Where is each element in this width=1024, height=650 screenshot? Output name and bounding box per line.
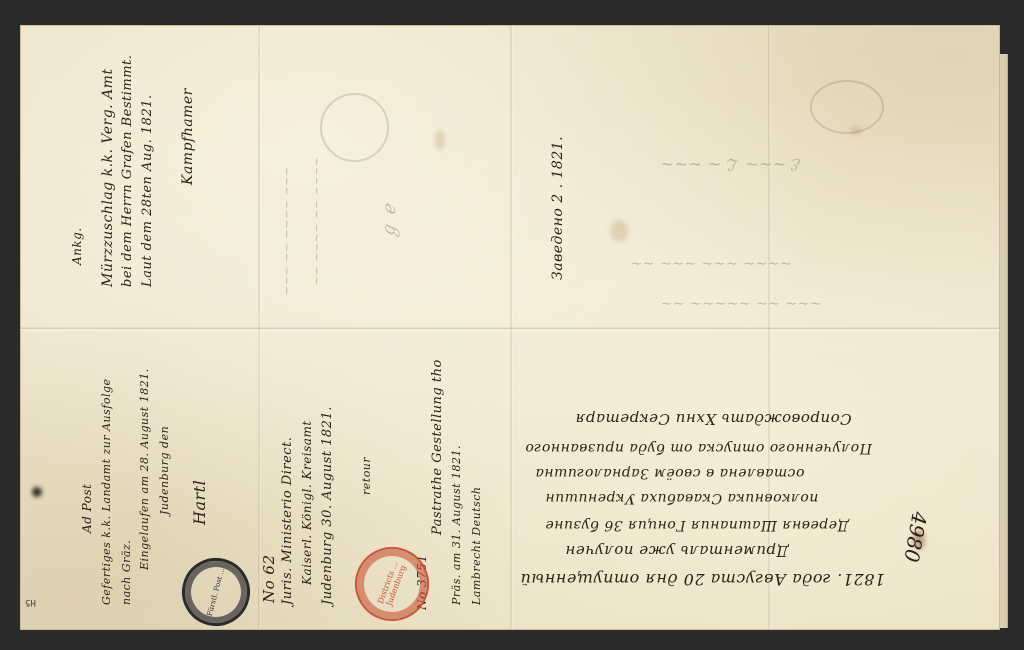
handwriting-line: Lambrecht Deutsch	[470, 487, 483, 606]
upside-down-line: Полученного отпуска от буда призванного	[525, 440, 872, 456]
bleed-through-text: ℰ ~~~ ℒ ~ ~~~	[660, 155, 802, 174]
bleed-through-text: ~~~~ ~~~ ~~~ ~~	[630, 255, 792, 271]
handwriting-line: Pastrathe Gestellung tho	[430, 359, 445, 535]
bleed-through-text: ℊ ℯ	[375, 204, 401, 240]
handwriting-line: Kaiserl. Königl. Kreisamt	[300, 420, 314, 585]
bleed-through-text: ~~ ~~~~ ~~ ~~~~	[310, 156, 323, 285]
catalog-number: 4980	[899, 510, 931, 564]
upside-down-line: Сопровождать Ххни Секретаря	[575, 410, 852, 428]
handwriting-line: Mürzzuschlag k.k. Verg. Amt	[100, 68, 116, 287]
bleed-through-text: ~~~ ~~ ~~~~~ ~~	[660, 295, 822, 311]
handwriting-line: Laut dem 28ten Aug. 1821.	[140, 94, 155, 287]
black-postmark-stamp: Fürstl. Post ...	[174, 550, 257, 630]
handwriting-line: Ankg.	[70, 227, 84, 265]
handwriting-line: retour	[360, 457, 373, 495]
handwriting-line: Eingelaufen am 28. August 1821.	[138, 368, 151, 570]
handwriting-line: Judenburg den	[158, 426, 171, 515]
handwriting-line: Kampfhamer	[180, 88, 196, 185]
handwriting-line: Präs. am 31. August 1821.	[450, 445, 463, 605]
upside-down-line: 1821. года Августа 20 дня отпущенный	[520, 570, 885, 589]
handwriting-line: Juris. Ministerio Direct.	[280, 437, 295, 605]
vertical-date: Заведено 2 . 1821.	[550, 136, 566, 280]
upside-down-line: оставлена в своём Зарналогишна	[535, 465, 804, 481]
handwriting-line: Judenburg 30. August 1821.	[320, 406, 335, 605]
upside-down-line: полковника Скавабиха Укренишин	[545, 490, 818, 506]
bleed-through-text: ~~~ ~~ ~~~~ ~~~	[280, 166, 293, 295]
stain	[435, 130, 445, 150]
fold-line-horizontal	[20, 327, 1000, 331]
faint-seal-impression	[810, 80, 884, 134]
red-seal-stamp: Districts ... Judenburg	[345, 537, 440, 630]
stamp-text: Districts ... Judenburg	[372, 548, 413, 620]
handwriting-line: No 62	[260, 554, 278, 603]
handwriting-line: Ad Post	[80, 484, 94, 533]
stain	[610, 220, 628, 242]
signature: Hartl	[190, 480, 209, 525]
stamp-text: Fürstl. Post ...	[206, 567, 227, 617]
ink-blot	[32, 487, 42, 497]
handwriting-line: bei dem Herrn Grafen Bestimmt.	[120, 55, 135, 287]
upside-down-line: Деревня Шашпания Гонция 36 бузине	[545, 517, 849, 533]
archive-code: H5	[25, 597, 36, 607]
handwriting-line: Gefertiges k.k. Landamt zur Ausfolge	[100, 378, 113, 605]
handwriting-line: nach Gräz.	[120, 540, 133, 605]
upside-down-line: Дрименталь уже получен	[565, 542, 789, 560]
faint-seal-impression	[320, 93, 389, 162]
letter-sheet: Ankg. Mürzzuschlag k.k. Verg. Amt bei de…	[20, 25, 1000, 630]
